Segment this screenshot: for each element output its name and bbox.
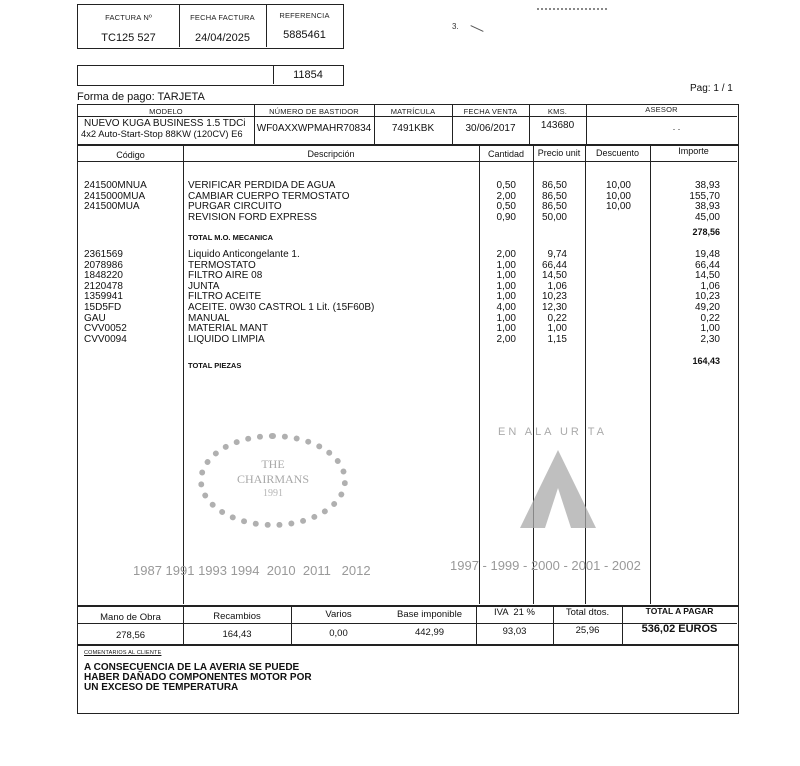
- header-code: Código: [78, 150, 183, 160]
- cell-code: 241500MUA: [84, 202, 184, 213]
- parts-total-label: TOTAL PIEZAS: [188, 361, 241, 370]
- advisor-value: . .: [586, 122, 737, 132]
- cell-description: REVISION FORD EXPRESS: [188, 213, 478, 224]
- plate-value: 7491KBK: [374, 123, 452, 134]
- model-line-2: 4x2 Auto-Start-Stop 88KW (120CV) E6: [81, 129, 257, 139]
- vat-value: 93,03: [476, 626, 553, 637]
- vin-label: NÚMERO DE BASTIDOR: [254, 107, 374, 116]
- comments-label: COMENTARIOS AL CLIENTE: [84, 650, 161, 656]
- cell-amount: 49,20: [660, 303, 720, 314]
- cell-unit-price: 12,30: [522, 303, 567, 314]
- model-label: MODELO: [78, 107, 254, 116]
- cell-quantity: 0,90: [470, 213, 516, 224]
- parts-summary-value: 164,43: [183, 629, 291, 640]
- cell-unit-price: 1,15: [522, 335, 567, 346]
- advisor-label: ASESOR: [586, 105, 737, 114]
- invoice-number-label: FACTURA Nº: [78, 13, 179, 22]
- years-right: 1997 - 1999 - 2000 - 2001 - 2002: [450, 558, 641, 573]
- header-description: Descripción: [183, 149, 479, 159]
- comments-box: COMENTARIOS AL CLIENTE A CONSECUENCIA DE…: [77, 644, 739, 714]
- grand-total-value: 536,02 EUROS: [622, 623, 737, 635]
- labor-total: 278,56: [650, 227, 720, 237]
- vin-value: WF0AXXWPMAHR70834: [254, 123, 374, 134]
- invoice-date-label: FECHA FACTURA: [179, 13, 266, 22]
- stamp-line-2: CHAIRMANS: [188, 472, 358, 487]
- cell-description: VERIFICAR PERDIDA DE AGUA: [188, 181, 478, 192]
- chairmans-stamp: THE CHAIRMANS 1991: [188, 425, 358, 535]
- cell-description: FILTRO AIRE 08: [188, 271, 478, 282]
- cell-discount: 10,00: [580, 202, 631, 213]
- labor-summary-value: 278,56: [78, 630, 183, 641]
- faint-header-line: [537, 8, 607, 10]
- comment-line-3: UN EXCESO DE TEMPERATURA: [84, 682, 238, 693]
- invoice-header-box: FACTURA Nº TC125 527 FECHA FACTURA 24/04…: [77, 4, 344, 49]
- page-number: Pag: 1 / 1: [690, 83, 733, 94]
- vat-label: IVA 21 %: [476, 607, 553, 618]
- discounts-value: 25,96: [553, 625, 622, 636]
- km-label: KMS.: [529, 107, 586, 116]
- misc-value: 0,00: [291, 628, 386, 639]
- cell-unit-price: 50,00: [522, 213, 567, 224]
- misc-label: Varios: [291, 609, 386, 620]
- plate-label: MATRÍCULA: [374, 107, 452, 116]
- vehicle-box: MODELO NÚMERO DE BASTIDOR MATRÍCULA FECH…: [77, 104, 739, 146]
- reference-number: 5885461: [266, 29, 343, 41]
- vehicle-model: NUEVO KUGA BUSINESS 1.5 TDCi 4x2 Auto-St…: [81, 119, 257, 139]
- cell-amount: 19,48: [660, 250, 720, 261]
- payment-label: Forma de pago:: [77, 91, 155, 103]
- labor-summary-label: Mano de Obra: [78, 612, 183, 623]
- grand-total-label: TOTAL A PAGAR: [622, 606, 737, 616]
- discounts-label: Total dtos.: [553, 607, 622, 618]
- cell-quantity: 2,00: [470, 335, 516, 346]
- cell-quantity: 4,00: [470, 303, 516, 314]
- reference-label: REFERENCIA: [266, 11, 343, 20]
- cell-unit-price: 9,74: [522, 250, 567, 261]
- km-value: 143680: [529, 120, 586, 131]
- header-discount: Descuento: [585, 148, 650, 158]
- cell-quantity: 2,00: [470, 250, 516, 261]
- totals-box: Mano de Obra 278,56 Recambios 164,43 Var…: [77, 606, 739, 646]
- cell-amount: 45,00: [660, 213, 720, 224]
- sale-date-label: FECHA VENTA: [452, 107, 529, 116]
- cell-code: 15D5FD: [84, 303, 184, 314]
- tax-base-value: 442,99: [383, 627, 476, 638]
- labor-total-label: TOTAL M.O. MECANICA: [188, 233, 273, 242]
- header-unit-price: Precio unit: [533, 148, 585, 158]
- parts-summary-label: Recambios: [183, 611, 291, 622]
- client-number: 11854: [273, 69, 343, 81]
- sale-date-value: 30/06/2017: [452, 123, 529, 134]
- parts-total: 164,43: [650, 356, 720, 366]
- cell-description: Liquido Anticongelante 1.: [188, 250, 478, 261]
- triangle-logo-inner-icon: [545, 488, 571, 528]
- invoice-number: TC125 527: [78, 32, 179, 44]
- cell-discount: 10,00: [580, 181, 631, 192]
- scribble-mark: 3.: [452, 22, 459, 31]
- header-amount: Importe: [650, 146, 737, 156]
- payment-method: Forma de pago: TARJETA: [77, 91, 205, 103]
- years-left: 1987 1991 1993 1994 2010 2011 2012: [133, 563, 371, 578]
- cell-description: ACEITE. 0W30 CASTROL 1 Lit. (15F60B): [188, 303, 478, 314]
- cell-description: LIQUIDO LIMPIA: [188, 335, 478, 346]
- cell-code: CVV0094: [84, 335, 184, 346]
- right-stamp-text: EN ALA UR TA: [498, 426, 607, 438]
- client-box: 11854: [77, 65, 344, 86]
- scribble-line: [470, 25, 483, 32]
- header-quantity: Cantidad: [479, 149, 533, 159]
- stamp-line-1: THE: [188, 457, 358, 472]
- cell-code: 2361569: [84, 250, 184, 261]
- invoice-date: 24/04/2025: [179, 32, 266, 44]
- cell-unit-price: 86,50: [522, 181, 567, 192]
- payment-value: TARJETA: [158, 91, 205, 103]
- cell-amount: 38,93: [660, 181, 720, 192]
- cell-code: 241500MNUA: [84, 181, 184, 192]
- cell-quantity: 0,50: [470, 181, 516, 192]
- tax-base-label: Base imponible: [383, 609, 476, 620]
- cell-amount: 2,30: [660, 335, 720, 346]
- stamp-line-3: 1991: [188, 488, 358, 499]
